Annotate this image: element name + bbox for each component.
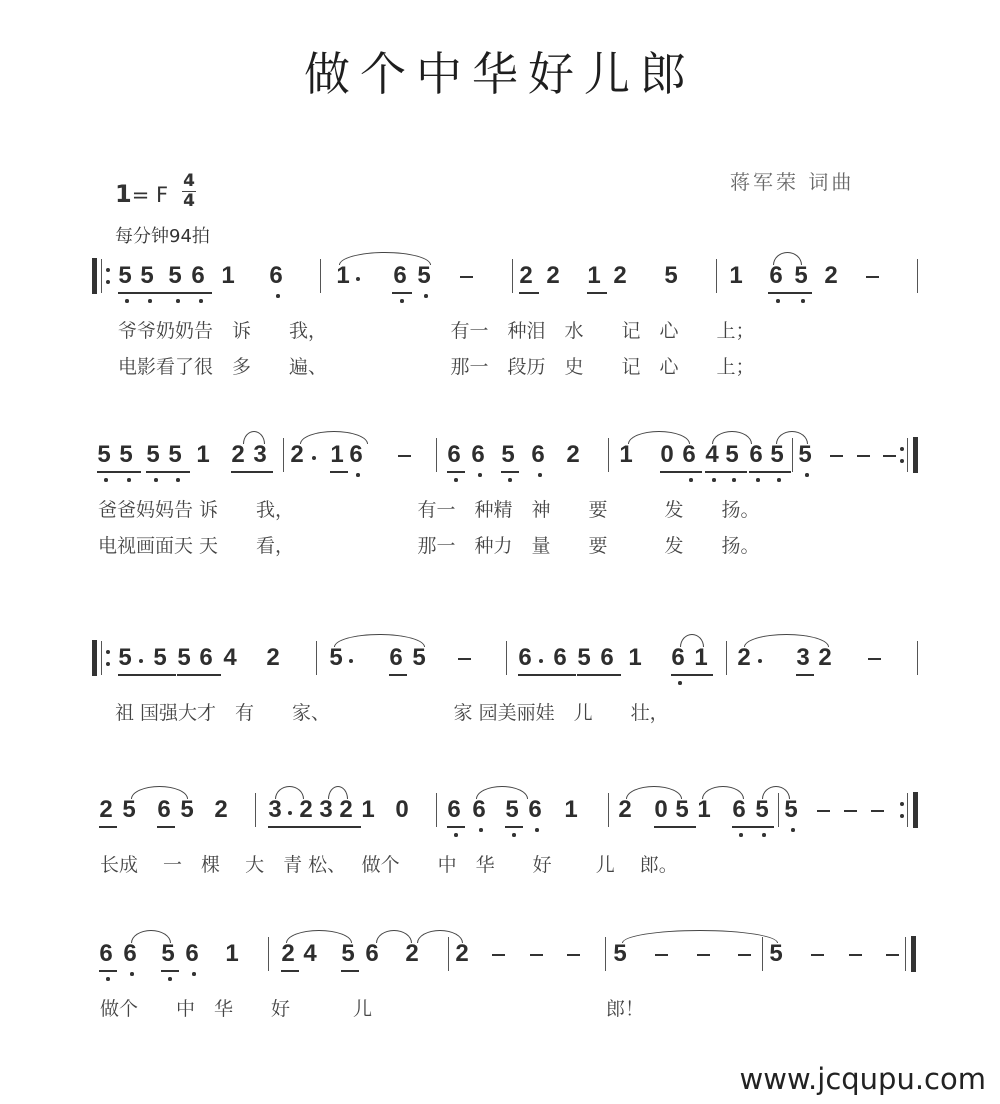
barline xyxy=(316,641,317,675)
octave-dot xyxy=(791,828,795,832)
sustain-dash xyxy=(811,954,824,956)
note: 5 xyxy=(416,262,432,290)
slur xyxy=(744,634,829,647)
key-name: = F xyxy=(132,183,168,207)
note: 6 xyxy=(517,644,533,672)
sustain-dash xyxy=(866,276,879,278)
octave-dot xyxy=(512,833,516,837)
repeat-dot xyxy=(106,280,110,284)
repeat-dot xyxy=(106,662,110,666)
beam-underline xyxy=(501,471,519,473)
final-bar-thin xyxy=(905,937,906,971)
augmentation-dot xyxy=(758,659,762,663)
tempo-marking: 每分钟94拍 xyxy=(115,222,210,248)
note: 2 xyxy=(565,441,581,469)
note: 2 xyxy=(736,644,752,672)
augmentation-dot xyxy=(356,277,360,281)
barline xyxy=(917,641,918,675)
beam-underline xyxy=(231,471,273,473)
score-system: 55551232166656210645655爸爸妈妈告 诉 我， 有一 种精 … xyxy=(0,441,1000,561)
note: 2 xyxy=(404,940,420,968)
repeat-dot xyxy=(106,268,110,272)
beam-underline xyxy=(281,970,299,972)
note: 1 xyxy=(360,796,376,824)
note: 6 xyxy=(446,441,462,469)
slur xyxy=(275,786,304,799)
sustain-dash xyxy=(398,455,411,457)
song-title: 做个中华好儿郎 xyxy=(0,38,1000,104)
note: 1 xyxy=(224,940,240,968)
lyrics-line: 电影看了很 多 遍、 那一 段历 史 记 心 上； xyxy=(118,352,755,379)
slur xyxy=(131,786,188,799)
octave-dot xyxy=(130,972,134,976)
barline xyxy=(436,793,437,827)
note: 4 xyxy=(302,940,318,968)
repeat-end-thick xyxy=(913,437,918,473)
slur xyxy=(712,431,752,444)
octave-dot xyxy=(777,478,781,482)
lyrics-line: 长成 一 棵 大 青 松、 做个 中 华 好 儿 郎。 xyxy=(100,850,678,877)
note: 5 xyxy=(176,644,192,672)
slur xyxy=(131,930,171,943)
octave-dot xyxy=(801,299,805,303)
octave-dot xyxy=(176,299,180,303)
score-system: 6656124562255做个 中 华 好 儿郎！ xyxy=(0,940,1000,1060)
note: 6 xyxy=(446,796,462,824)
octave-dot xyxy=(168,977,172,981)
octave-dot xyxy=(478,473,482,477)
key-tonic: 1 xyxy=(115,180,132,208)
composer-credit: 蒋军荣 词曲 xyxy=(730,166,854,195)
note: 6 xyxy=(184,940,200,968)
octave-dot xyxy=(762,833,766,837)
note: 2 xyxy=(280,940,296,968)
note: 1 xyxy=(220,262,236,290)
note: 6 xyxy=(527,796,543,824)
octave-dot xyxy=(479,828,483,832)
note: 6 xyxy=(364,940,380,968)
sustain-dash xyxy=(830,455,843,457)
slur xyxy=(376,930,412,943)
note: 6 xyxy=(470,441,486,469)
watermark: www.jcqupu.com xyxy=(740,1062,986,1096)
octave-dot xyxy=(199,299,203,303)
note: 5 xyxy=(152,644,168,672)
note: 2 xyxy=(298,796,314,824)
repeat-dot xyxy=(900,459,904,463)
sustain-dash xyxy=(849,954,862,956)
repeat-dot xyxy=(900,814,904,818)
octave-dot xyxy=(154,478,158,482)
repeat-dot xyxy=(106,650,110,654)
slur xyxy=(762,786,790,799)
note: 2 xyxy=(817,644,833,672)
note: 6 xyxy=(768,262,784,290)
note: 5 xyxy=(328,644,344,672)
barline xyxy=(917,259,918,293)
barline xyxy=(436,438,437,472)
beam-underline xyxy=(768,292,812,294)
note: 2 xyxy=(289,441,305,469)
note: 1 xyxy=(586,262,602,290)
octave-dot xyxy=(508,478,512,482)
barline xyxy=(283,438,284,472)
octave-dot xyxy=(454,833,458,837)
barline xyxy=(716,259,717,293)
slur xyxy=(339,252,431,265)
meter-top: 4 xyxy=(183,171,195,191)
time-signature: 4 4 xyxy=(180,172,198,211)
barline xyxy=(506,641,507,675)
octave-dot xyxy=(125,299,129,303)
sustain-dash xyxy=(883,455,896,457)
note: 3 xyxy=(252,441,268,469)
repeat-end-thin xyxy=(907,438,908,472)
repeat-dot xyxy=(900,447,904,451)
note: 1 xyxy=(728,262,744,290)
note: 5 xyxy=(121,796,137,824)
note: 5 xyxy=(117,262,133,290)
beam-underline xyxy=(146,471,190,473)
beam-underline xyxy=(505,826,523,828)
lyrics-line: 郎！ xyxy=(606,994,644,1021)
octave-dot xyxy=(276,294,280,298)
sustain-dash xyxy=(697,954,710,956)
beam-underline xyxy=(330,471,348,473)
sustain-dash xyxy=(844,810,857,812)
slur xyxy=(626,786,682,799)
slur xyxy=(628,431,690,444)
key-signature: 1= F xyxy=(115,180,168,208)
note: 5 xyxy=(793,262,809,290)
note: 5 xyxy=(500,441,516,469)
note: 6 xyxy=(156,796,172,824)
beam-underline xyxy=(654,826,696,828)
note: 6 xyxy=(681,441,697,469)
note: 6 xyxy=(348,441,364,469)
note: 1 xyxy=(195,441,211,469)
score-system: 5556425656656161232祖 国强大才 有 家、 家 园美丽娃 儿 … xyxy=(0,644,1000,764)
slur xyxy=(300,431,368,444)
augmentation-dot xyxy=(312,456,316,460)
lyrics-line: 爸爸妈妈告 诉 我， 有一 种精 神 要 发 扬。 xyxy=(98,495,760,522)
octave-dot xyxy=(356,473,360,477)
final-bar-thick xyxy=(911,936,916,972)
slur xyxy=(286,930,352,943)
slur xyxy=(417,930,463,943)
lyrics-line: 电视画面天 天 看， 那一 种力 量 要 发 扬。 xyxy=(98,531,760,558)
beam-underline xyxy=(705,471,747,473)
sustain-dash xyxy=(871,810,884,812)
lyrics-line: 做个 中 华 好 儿 xyxy=(100,994,372,1021)
beam-underline xyxy=(99,970,117,972)
sustain-dash xyxy=(886,954,899,956)
note: 1 xyxy=(696,796,712,824)
note: 2 xyxy=(545,262,561,290)
note: 2 xyxy=(823,262,839,290)
note: 6 xyxy=(388,644,404,672)
barline xyxy=(778,793,779,827)
beam-underline xyxy=(157,826,175,828)
note: 6 xyxy=(98,940,114,968)
slur xyxy=(334,634,425,647)
note: 3 xyxy=(267,796,283,824)
beam-underline xyxy=(553,674,569,676)
sustain-dash xyxy=(738,954,751,956)
note: 0 xyxy=(659,441,675,469)
note: 1 xyxy=(329,441,345,469)
note: 2 xyxy=(98,796,114,824)
sustain-dash xyxy=(857,455,870,457)
slur xyxy=(702,786,744,799)
beam-underline xyxy=(732,826,774,828)
barline xyxy=(320,259,321,293)
meter-bottom: 4 xyxy=(183,191,195,211)
beam-underline xyxy=(118,292,168,294)
note: 6 xyxy=(190,262,206,290)
note: 2 xyxy=(230,441,246,469)
barline xyxy=(608,438,609,472)
note: 5 xyxy=(340,940,356,968)
beam-underline xyxy=(447,471,465,473)
note: 6 xyxy=(552,644,568,672)
augmentation-dot xyxy=(288,811,292,815)
note: 2 xyxy=(454,940,470,968)
octave-dot xyxy=(739,833,743,837)
octave-dot xyxy=(454,478,458,482)
sustain-dash xyxy=(868,658,881,660)
beam-underline xyxy=(519,292,539,294)
beam-underline xyxy=(99,826,117,828)
repeat-start-thick xyxy=(92,258,97,294)
beam-underline xyxy=(447,826,465,828)
note: 5 xyxy=(167,262,183,290)
slur xyxy=(773,252,802,265)
beam-underline xyxy=(341,970,359,972)
octave-dot xyxy=(712,478,716,482)
slur xyxy=(328,786,348,799)
score-system: 25652323210665612051655长成 一 棵 大 青 松、 做个 … xyxy=(0,796,1000,916)
octave-dot xyxy=(732,478,736,482)
octave-dot xyxy=(535,828,539,832)
note: 5 xyxy=(783,796,799,824)
barline xyxy=(608,793,609,827)
octave-dot xyxy=(400,299,404,303)
note: 5 xyxy=(724,441,740,469)
barline xyxy=(726,641,727,675)
beam-underline xyxy=(153,674,169,676)
sustain-dash xyxy=(567,954,580,956)
octave-dot xyxy=(805,473,809,477)
sustain-dash xyxy=(817,810,830,812)
note: 6 xyxy=(122,940,138,968)
octave-dot xyxy=(678,681,682,685)
beam-underline xyxy=(660,471,702,473)
sustain-dash xyxy=(530,954,543,956)
beam-underline xyxy=(587,292,607,294)
note: 5 xyxy=(612,940,628,968)
note: 1 xyxy=(563,796,579,824)
octave-dot xyxy=(106,977,110,981)
slur xyxy=(622,930,778,943)
beam-underline xyxy=(392,292,412,294)
barline xyxy=(512,259,513,293)
note: 0 xyxy=(653,796,669,824)
note: 4 xyxy=(704,441,720,469)
octave-dot xyxy=(176,478,180,482)
note: 2 xyxy=(617,796,633,824)
note: 5 xyxy=(117,644,133,672)
note: 4 xyxy=(222,644,238,672)
note: 5 xyxy=(663,262,679,290)
note: 5 xyxy=(145,441,161,469)
repeat-end-thick xyxy=(913,792,918,828)
slur xyxy=(243,431,265,444)
beam-underline xyxy=(671,674,713,676)
note: 6 xyxy=(731,796,747,824)
octave-dot xyxy=(127,478,131,482)
note: 5 xyxy=(411,644,427,672)
note: 2 xyxy=(612,262,628,290)
note: 5 xyxy=(96,441,112,469)
note: 5 xyxy=(797,441,813,469)
beam-underline xyxy=(177,674,221,676)
note: 6 xyxy=(198,644,214,672)
note: 1 xyxy=(627,644,643,672)
score-system: 555616165221251652爷爷奶奶告 诉 我， 有一 种泪 水 记 心… xyxy=(0,262,1000,382)
note: 5 xyxy=(504,796,520,824)
note: 6 xyxy=(599,644,615,672)
note: 6 xyxy=(670,644,686,672)
beam-underline xyxy=(389,674,407,676)
octave-dot xyxy=(148,299,152,303)
note: 2 xyxy=(518,262,534,290)
beam-underline xyxy=(161,970,179,972)
note: 0 xyxy=(394,796,410,824)
octave-dot xyxy=(424,294,428,298)
repeat-start-thin xyxy=(101,641,102,675)
repeat-dot xyxy=(900,802,904,806)
octave-dot xyxy=(192,972,196,976)
note: 2 xyxy=(213,796,229,824)
augmentation-dot xyxy=(139,659,143,663)
note: 1 xyxy=(693,644,709,672)
note: 5 xyxy=(674,796,690,824)
note: 5 xyxy=(768,940,784,968)
note: 5 xyxy=(576,644,592,672)
barline xyxy=(268,937,269,971)
beam-underline xyxy=(97,471,141,473)
sustain-dash xyxy=(492,954,505,956)
octave-dot xyxy=(104,478,108,482)
augmentation-dot xyxy=(539,659,543,663)
note: 5 xyxy=(179,796,195,824)
barline xyxy=(762,937,763,971)
note: 5 xyxy=(160,940,176,968)
beam-underline xyxy=(299,826,317,828)
note: 1 xyxy=(618,441,634,469)
note: 5 xyxy=(754,796,770,824)
octave-dot xyxy=(776,299,780,303)
note: 5 xyxy=(139,262,155,290)
repeat-start-thin xyxy=(101,259,102,293)
sustain-dash xyxy=(655,954,668,956)
octave-dot xyxy=(756,478,760,482)
beam-underline xyxy=(796,674,814,676)
barline xyxy=(792,438,793,472)
octave-dot xyxy=(538,473,542,477)
note: 3 xyxy=(318,796,334,824)
note: 3 xyxy=(795,644,811,672)
slur xyxy=(476,786,528,799)
sustain-dash xyxy=(460,276,473,278)
note: 2 xyxy=(265,644,281,672)
barline xyxy=(605,937,606,971)
lyrics-line: 爷爷奶奶告 诉 我， 有一 种泪 水 记 心 上； xyxy=(118,316,755,343)
note: 6 xyxy=(268,262,284,290)
barline xyxy=(448,937,449,971)
note: 6 xyxy=(748,441,764,469)
note: 5 xyxy=(769,441,785,469)
augmentation-dot xyxy=(349,659,353,663)
note: 1 xyxy=(335,262,351,290)
note: 5 xyxy=(167,441,183,469)
repeat-end-thin xyxy=(907,793,908,827)
octave-dot xyxy=(689,478,693,482)
note: 6 xyxy=(471,796,487,824)
lyrics-line: 祖 国强大才 有 家、 家 园美丽娃 儿 壮， xyxy=(115,698,669,725)
note: 2 xyxy=(338,796,354,824)
barline xyxy=(255,793,256,827)
beam-underline xyxy=(577,674,621,676)
repeat-start-thick xyxy=(92,640,97,676)
note: 6 xyxy=(392,262,408,290)
beam-underline xyxy=(168,292,212,294)
beam-underline xyxy=(749,471,791,473)
sustain-dash xyxy=(458,658,471,660)
slur xyxy=(680,634,704,647)
beam-underline xyxy=(319,826,361,828)
note: 6 xyxy=(530,441,546,469)
note: 5 xyxy=(118,441,134,469)
